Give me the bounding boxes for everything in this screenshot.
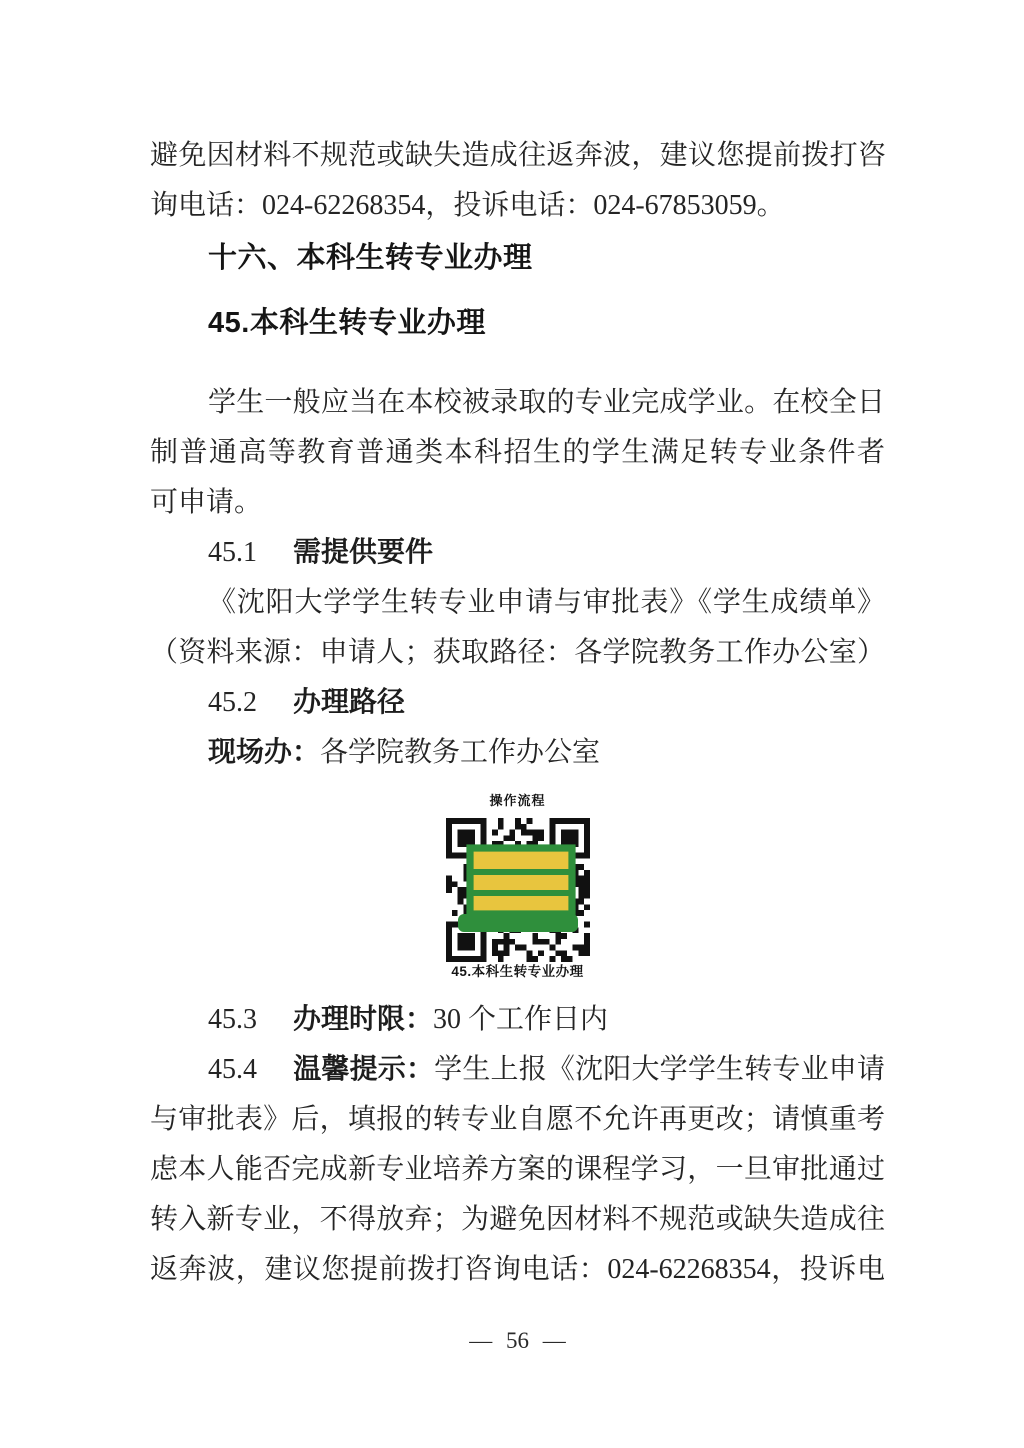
text-segment: 虑本人能否完成新专业培养方案的课程学习，一旦审批通过 — [150, 1154, 885, 1185]
text-line: 现场办：各学院教务工作办公室 — [150, 728, 885, 778]
text-segment: 各学院教务工作办公室 — [320, 737, 600, 768]
qr-caption: 45.本科生转专业办理 — [150, 962, 885, 982]
text-segment: 《沈阳大学学生转专业申请与审批表》《学生成绩单》 — [208, 587, 885, 618]
paragraph: 45.3办理时限：30 个工作日内 — [150, 995, 885, 1045]
paragraph: 现场办：各学院教务工作办公室 — [150, 728, 885, 778]
paragraph: 45.4温馨提示：学生上报《沈阳大学学生转专业申请与审批表》后，填报的转专业自愿… — [150, 1045, 885, 1295]
text-segment: 45.3 — [208, 1004, 257, 1035]
text-line: 询电话：024-62268354，投诉电话：024-67853059。 — [150, 181, 885, 231]
text-segment: 制普通高等教育普通类本科招生的学生满足转专业条件者 — [150, 437, 885, 468]
qr-logo — [495, 867, 541, 913]
text-line: 45.4温馨提示：学生上报《沈阳大学学生转专业申请 — [150, 1045, 885, 1095]
text-line: 45.1需提供要件 — [150, 528, 885, 578]
paragraph: 避免因材料不规范或缺失造成往返奔波，建议您提前拨打咨询电话：024-622683… — [150, 131, 885, 231]
text-segment: 学生一般应当在本校被录取的专业完成学业。在校全日 — [208, 387, 885, 418]
page-number: — 56 — — [150, 1326, 885, 1356]
text-line: （资料来源：申请人；获取路径：各学院教务工作办公室） — [150, 628, 885, 678]
text-segment: 学生上报《沈阳大学学生转专业申请 — [434, 1054, 885, 1085]
text-segment: 返奔波，建议您提前拨打咨询电话：024-62268354，投诉电 — [150, 1254, 885, 1285]
text-segment: 办理时限： — [293, 1004, 433, 1035]
text-segment: （资料来源：申请人；获取路径：各学院教务工作办公室） — [150, 637, 885, 668]
text-line: 45.2办理路径 — [150, 678, 885, 728]
text-segment: 避免因材料不规范或缺失造成往返奔波，建议您提前拨打咨 — [150, 140, 885, 171]
text-line: 可申请。 — [150, 478, 885, 528]
text-line: 学生一般应当在本校被录取的专业完成学业。在校全日 — [150, 378, 885, 428]
text-segment: 转入新专业，不得放弃；为避免因材料不规范或缺失造成往 — [150, 1204, 885, 1235]
text-segment: 现场办： — [208, 737, 320, 768]
text-segment: 45.4 — [208, 1054, 257, 1085]
paragraph: 45.1需提供要件 — [150, 528, 885, 578]
text-segment: 可申请。 — [150, 487, 262, 518]
text-segment: 与审批表》后，填报的转专业自愿不允许再更改；请慎重考 — [150, 1104, 885, 1135]
document-body: 避免因材料不规范或缺失造成往返奔波，建议您提前拨打咨询电话：024-622683… — [150, 0, 885, 1356]
text-segment: 45.1 — [208, 537, 257, 568]
text-segment: 办理路径 — [293, 687, 405, 718]
text-line: 转入新专业，不得放弃；为避免因材料不规范或缺失造成往 — [150, 1195, 885, 1245]
paragraph: 45.2办理路径 — [150, 678, 885, 728]
text-line: 制普通高等教育普通类本科招生的学生满足转专业条件者 — [150, 428, 885, 478]
paragraph: 学生一般应当在本校被录取的专业完成学业。在校全日制普通高等教育普通类本科招生的学… — [150, 378, 885, 528]
text-segment: 询电话：024-62268354，投诉电话：024-67853059。 — [150, 190, 785, 221]
text-segment: 需提供要件 — [293, 537, 433, 568]
blocks-after-qr: 45.3办理时限：30 个工作日内45.4温馨提示：学生上报《沈阳大学学生转专业… — [150, 995, 885, 1295]
text-line: 与审批表》后，填报的转专业自愿不允许再更改；请慎重考 — [150, 1095, 885, 1145]
blocks-before-qr: 避免因材料不规范或缺失造成往返奔波，建议您提前拨打咨询电话：024-622683… — [150, 131, 885, 778]
document-page: 避免因材料不规范或缺失造成往返奔波，建议您提前拨打咨询电话：024-622683… — [0, 0, 1024, 1448]
text-segment: 温馨提示： — [293, 1054, 434, 1085]
text-line: 虑本人能否完成新专业培养方案的课程学习，一旦审批通过 — [150, 1145, 885, 1195]
text-segment: 45.2 — [208, 687, 257, 718]
paragraph: 《沈阳大学学生转专业申请与审批表》《学生成绩单》（资料来源：申请人；获取路径：各… — [150, 578, 885, 678]
qr-top-label: 操作流程 — [150, 790, 885, 812]
text-line: 45.3办理时限：30 个工作日内 — [150, 995, 885, 1045]
text-line: 返奔波，建议您提前拨打咨询电话：024-62268354，投诉电 — [150, 1245, 885, 1295]
section-heading: 45.本科生转专业办理 — [150, 298, 885, 348]
text-segment: 30 个工作日内 — [433, 1004, 608, 1035]
section-heading: 十六、本科生转专业办理 — [150, 233, 885, 283]
book-icon — [446, 818, 590, 962]
text-line: 《沈阳大学学生转专业申请与审批表》《学生成绩单》 — [150, 578, 885, 628]
qr-code — [446, 818, 590, 962]
qr-section: 操作流程 45.本科生转专业办理 — [150, 790, 885, 982]
text-line: 避免因材料不规范或缺失造成往返奔波，建议您提前拨打咨 — [150, 131, 885, 181]
